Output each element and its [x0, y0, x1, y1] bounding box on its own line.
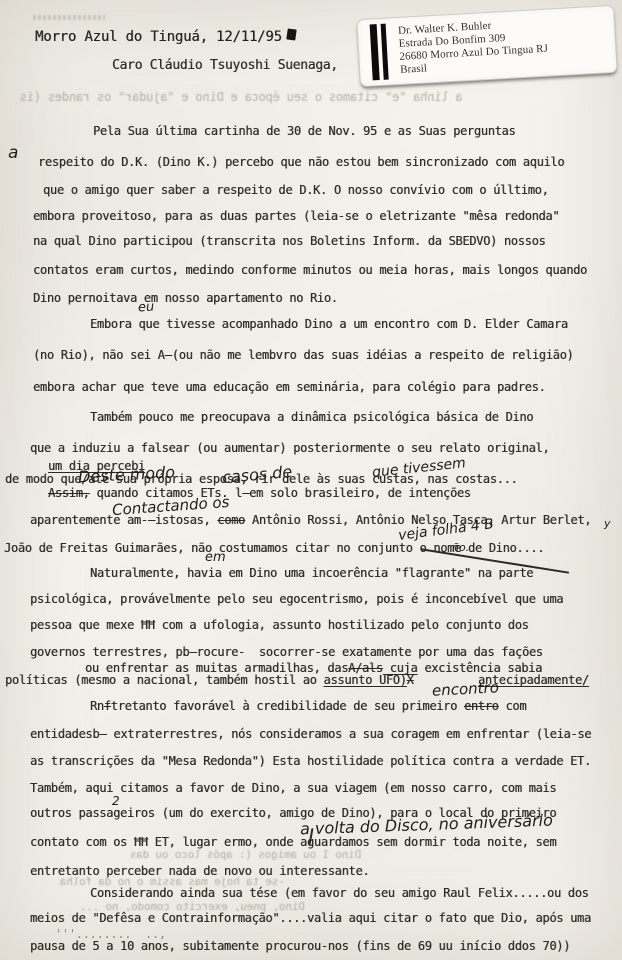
bleedthrough-text: a linha "e" citamos o seu época e Dino e…	[20, 90, 463, 104]
typed-line: Rnftretanto favorável à credibilidade de…	[90, 699, 526, 713]
typed-line: entidadesb̶ extraterrestres, nós conside…	[30, 727, 591, 741]
typed-line: que a induziu a falsear (ou aumentar) po…	[30, 441, 549, 455]
typed-line: Assim, quando citamos ETs. l̶em solo bra…	[48, 486, 471, 500]
typed-line: Dino pernoitava em nosso apartamento no …	[33, 291, 338, 305]
handwritten-note: y	[604, 517, 611, 530]
strikethrough-text: Assim,	[48, 486, 90, 500]
typed-line: entretanto perceber nada de novo ou inte…	[30, 864, 369, 878]
date-line: Morro Azul do Tinguá, 12/11/95	[35, 29, 282, 45]
strikethrough-text: f	[104, 699, 111, 713]
typed-line: Considerando ainda sua tése (em favor do…	[90, 886, 589, 900]
typed-line: embora achar que teve uma educação em se…	[33, 380, 545, 394]
typed-line: governos terrestres, pb̶rocure- socorrer…	[30, 645, 543, 659]
typed-line: que o amigo quer saber a respeito de D.K…	[43, 183, 549, 197]
typed-line: pessoa que mexe ĦĦ com a ufologia, assun…	[30, 618, 529, 632]
ink-blob	[286, 28, 296, 40]
typed-line: aparentemente am-̶istosas, como Antônio …	[30, 513, 591, 527]
typed-line: contatos eram curtos, medindo conforme m…	[33, 263, 587, 277]
typed-line: Também, aqui citamos a favor de Dino, a …	[30, 781, 556, 795]
barcode-bar	[381, 24, 389, 80]
barcode-bar	[370, 24, 380, 80]
typed-line: políticas (mesmo a nacional, também host…	[5, 673, 414, 687]
typed-line: respeito do D.K. (Dino K.) percebo que n…	[38, 155, 564, 169]
typed-line: pausa de 5 a 10 anos, subitamente procur…	[30, 939, 570, 953]
handwritten-note: ño.	[452, 541, 469, 554]
address-label-text: Dr. Walter K. Buhler Estrada Do Bonfim 3…	[398, 17, 549, 77]
typed-line: Embora que tivesse acompanhado Dino a um…	[90, 317, 568, 331]
typed-line: na qual Dino participou (transcrita nos …	[33, 234, 545, 248]
typed-line: psicológica, provávelmente pelo seu egoc…	[30, 592, 563, 606]
handwritten-note: eu	[137, 299, 154, 315]
handwritten-note: em	[205, 550, 226, 565]
handwritten-note: a	[8, 143, 18, 163]
strikethrough-text: entro	[464, 699, 499, 713]
typed-line: Naturalmente, havia em Dino uma incoerên…	[90, 566, 533, 580]
typed-line: (no Rio), não sei A̶(ou não me lembvro d…	[33, 348, 573, 362]
typed-line: contato com os ĦĦ ET, lugar ermo, onde a…	[30, 835, 556, 849]
letter-page: a linha "e" citamos o seu época e Dino e…	[0, 0, 622, 960]
typed-line: Pela Sua última cartinha de 30 de Nov. 9…	[93, 124, 515, 138]
handwritten-note: encontro	[432, 678, 500, 699]
typed-line: meios de "Defêsa e Contrainformação"....…	[30, 911, 591, 925]
bleedthrough-text: Dino 1 ou amigos (: após loco ou das	[130, 848, 361, 861]
strikethrough-text: como	[217, 513, 245, 527]
strikethrough-text: X	[407, 673, 414, 687]
typed-line: Também pouco me preocupava a dinâmica ps…	[90, 410, 533, 424]
address-label: Dr. Walter K. Buhler Estrada Do Bonfim 3…	[356, 5, 617, 87]
typed-line: as transcrições da "Mesa Redonda") Esta …	[30, 754, 591, 768]
typed-line: embora proveitoso, para as duas partes (…	[33, 209, 559, 223]
salutation: Caro Cláudio Tsuyoshi Suenaga,	[112, 58, 338, 73]
paper-smudge	[33, 15, 105, 20]
